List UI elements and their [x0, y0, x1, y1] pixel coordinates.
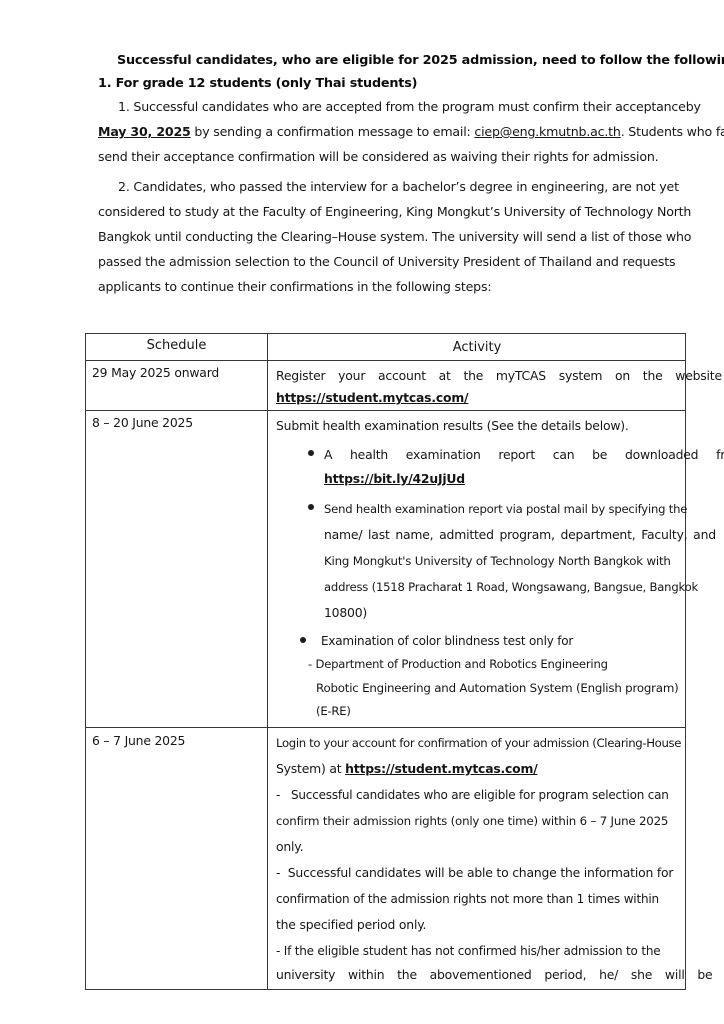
bullet-icon — [308, 450, 314, 456]
para1-line2-end: . Students who fail to — [621, 124, 724, 139]
row1-schedule: 29 May 2025 onward — [92, 361, 219, 385]
para1-line2: May 30, 2025 by sending a confirmation m… — [98, 123, 724, 141]
row3-mytcas-link[interactable]: https://student.mytcas.com/ — [345, 761, 537, 776]
row3-item1-line3: only. — [276, 835, 303, 859]
row3-item1-line2: confirm their admission rights (only one… — [276, 809, 668, 833]
row2-sub-line2: Robotic Engineering and Automation Syste… — [316, 676, 679, 700]
row3-line2: System) at https://student.mytcas.com/ — [276, 757, 538, 781]
deadline-date: May 30, 2025 — [98, 124, 191, 139]
bullet-icon — [308, 504, 314, 510]
row2-sub-line3: (E-RE) — [316, 699, 351, 723]
para2-line2: considered to study at the Faculty of En… — [98, 203, 691, 221]
header-activity: Activity — [268, 339, 686, 357]
row3-item2-line1: - Successful candidates will be able to … — [276, 861, 673, 885]
column-divider — [267, 334, 268, 989]
row3-item2-line2: confirmation of the admission rights not… — [276, 887, 659, 911]
bullet-icon — [300, 637, 306, 643]
para2-line5: applicants to continue their confirmatio… — [98, 278, 491, 296]
row3-item3-line2: university within the abovementioned per… — [276, 963, 712, 987]
row2-intro: Submit health examination results (See t… — [276, 414, 629, 438]
schedule-table: Schedule Activity 29 May 2025 onward Reg… — [85, 333, 686, 990]
row3-item3-line1: - If the eligible student has not confir… — [276, 939, 660, 963]
row3-schedule: 6 – 7 June 2025 — [92, 729, 185, 753]
document-page: Successful candidates, who are eligible … — [0, 0, 724, 1024]
row2-bullet2-line4: address (1518 Pracharat 1 Road, Wongsawa… — [324, 575, 698, 599]
header-schedule: Schedule — [86, 337, 267, 355]
row3-line2-text: System) at — [276, 761, 345, 776]
row2-bullet1: A health examination report can be downl… — [324, 443, 724, 467]
para2-line4: passed the admission selection to the Co… — [98, 253, 675, 271]
para2-line1: 2. Candidates, who passed the interview … — [118, 178, 679, 196]
row3-item2-line3: the specified period only. — [276, 913, 426, 937]
row3-item1-line1: - Successful candidates who are eligible… — [276, 783, 669, 807]
para1-line1-end: by — [686, 98, 701, 116]
para2-line3: Bangkok until conducting the Clearing–Ho… — [98, 228, 691, 246]
row2-bullet2-line3: King Mongkut's University of Technology … — [324, 549, 671, 573]
row2-bullet2-line1: Send health examination report via posta… — [324, 497, 687, 521]
page-heading: Successful candidates, who are eligible … — [117, 52, 686, 70]
health-report-link[interactable]: https://bit.ly/42uJjUd — [324, 467, 465, 491]
para1-line1: 1. Successful candidates who are accepte… — [118, 98, 686, 116]
row2-bullet3: Examination of color blindness test only… — [321, 629, 573, 653]
row1-activity-line: Register your account at the myTCAS syst… — [276, 364, 678, 388]
email-link[interactable]: ciep@eng.kmutnb.ac.th — [474, 124, 620, 139]
section-title: 1. For grade 12 students (only Thai stud… — [98, 75, 417, 93]
row2-bullet2-line5: 10800) — [324, 601, 367, 625]
row2-sub-line1: - Department of Production and Robotics … — [308, 652, 608, 676]
para1-line3: send their acceptance confirmation will … — [98, 148, 658, 166]
row2-schedule: 8 – 20 June 2025 — [92, 411, 193, 435]
row3-line1: Login to your account for confirmation o… — [276, 731, 681, 755]
para1-line2-mid: by sending a confirmation message to ema… — [191, 124, 475, 139]
row2-bullet2-line2: name/ last name, admitted program, depar… — [324, 523, 716, 547]
row1-mytcas-link[interactable]: https://student.mytcas.com/ — [276, 386, 468, 410]
para1-line1-text: 1. Successful candidates who are accepte… — [118, 98, 686, 116]
row2-divider — [86, 727, 685, 728]
